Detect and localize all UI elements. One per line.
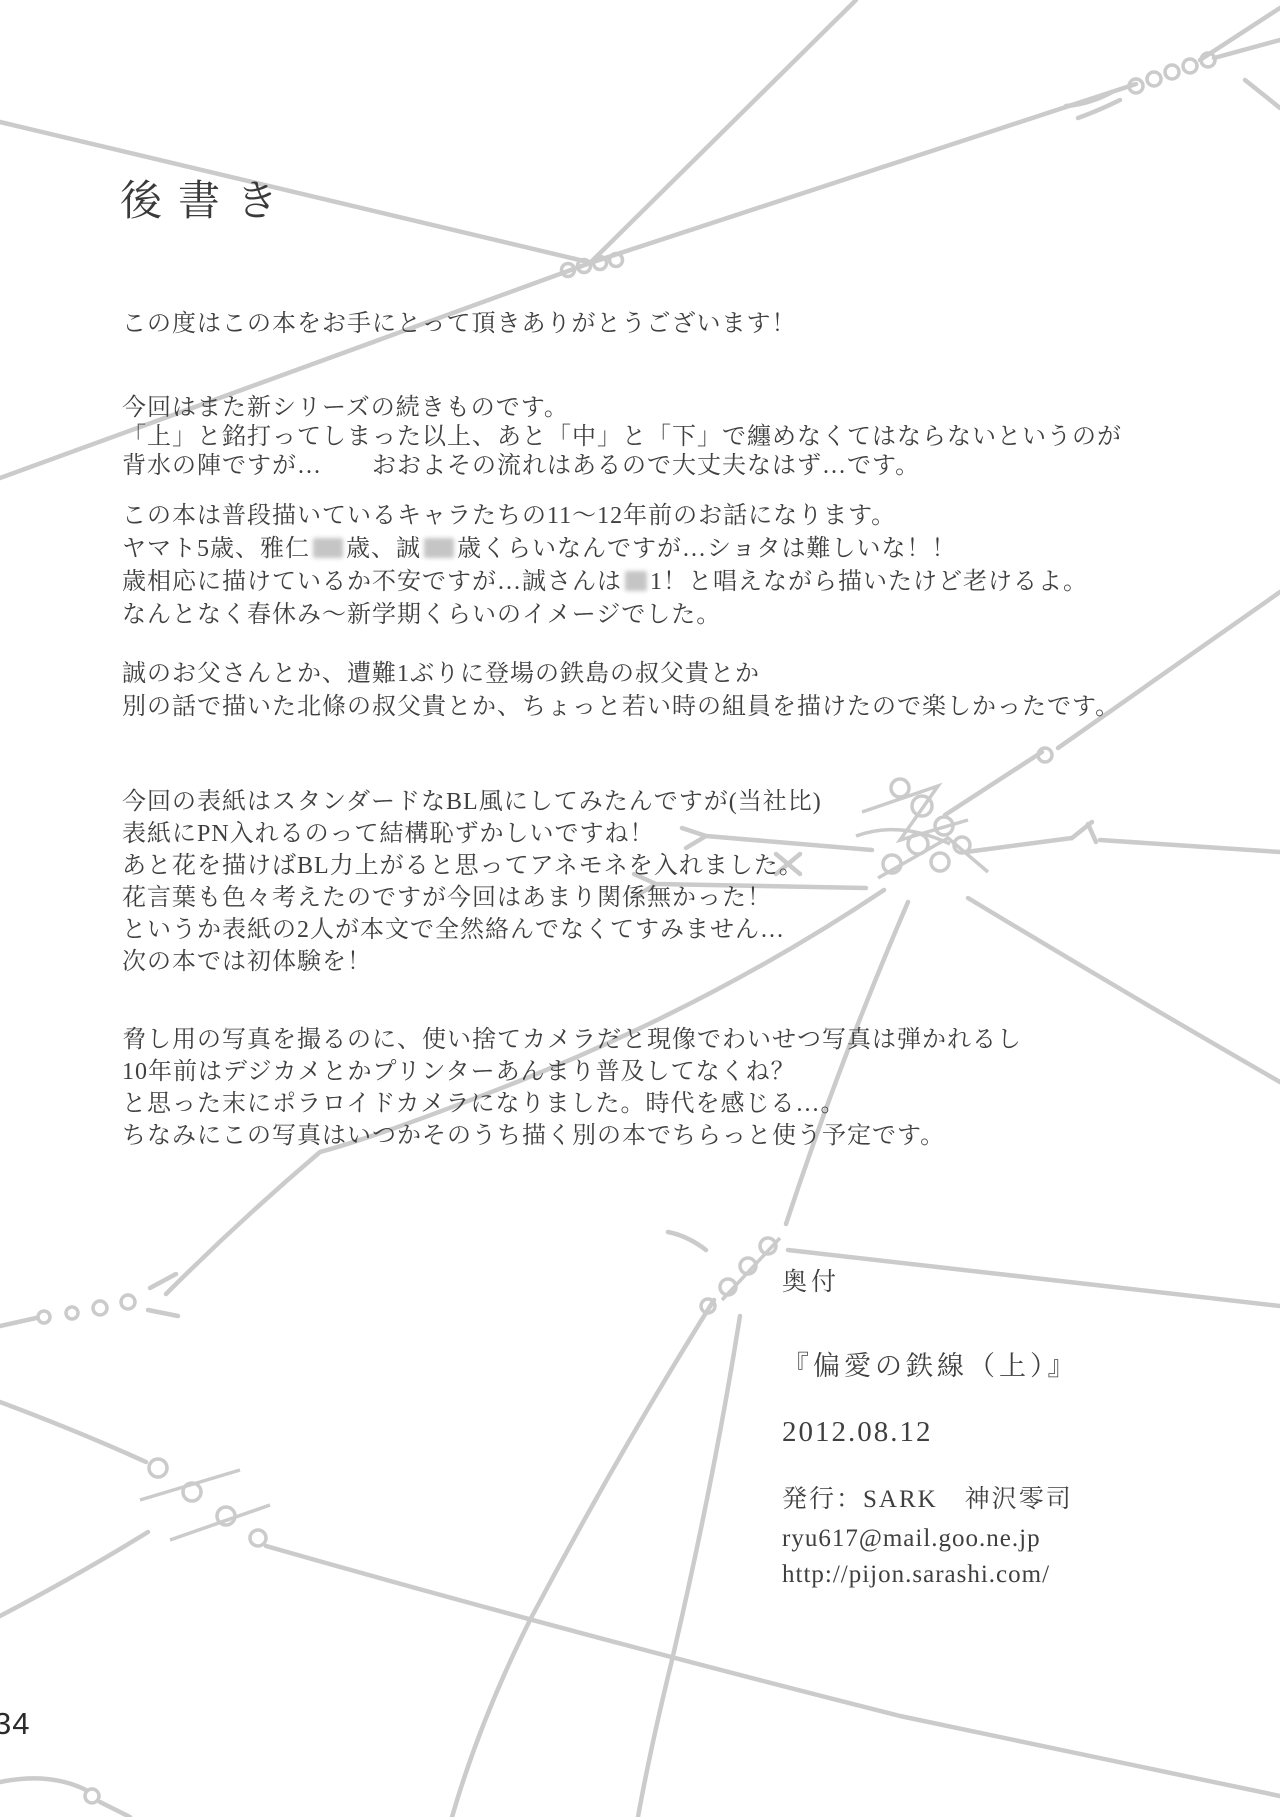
censored-age-block (313, 538, 343, 558)
paragraph-uncles: 誠のお父さんとか、遭難1ぶりに登場の鉄島の叔父貴とか 別の話で描いた北條の叔父貴… (122, 658, 1120, 724)
paragraph-camera: 脅し用の写真を撮るのに、使い捨てカメラだと現像でわいせつ写真は弾かれるし 10年… (122, 1024, 1022, 1152)
website-url: http://pijon.sarashi.com/ (782, 1561, 1079, 1589)
text-line: 次の本では初体験を！ (122, 946, 822, 978)
text-line: この本は普段描いているキャラたちの11～12年前のお話になります。 (122, 500, 1088, 533)
greeting-text: この度はこの本をお手にとって頂きありがとうございます！ (122, 303, 797, 338)
book-title: 『偏愛の鉄線（上）』 (782, 1344, 1079, 1383)
text-line: あと花を描けばBL力上がると思ってアネモネを入れました。 (122, 850, 822, 882)
text-line: 誠のお父さんとか、遭難1ぶりに登場の鉄島の叔父貴とか (122, 658, 1120, 691)
censored-age-block (424, 538, 454, 558)
text-segment: 歳、誠 (346, 536, 421, 562)
text-line: ちなみにこの写真はいつかそのうち描く別の本でちらっと使う予定です。 (122, 1120, 1022, 1152)
text-line: 花言葉も色々考えたのですが今回はあまり関係無かった！ (122, 882, 822, 914)
text-line: 脅し用の写真を撮るのに、使い捨てカメラだと現像でわいせつ写真は弾かれるし (122, 1024, 1022, 1056)
paragraph-cover: 今回の表紙はスタンダードなBL風にしてみたんですが(当社比) 表紙にPN入れるの… (122, 786, 822, 978)
page-number: 34 (0, 1706, 30, 1742)
text-segment: 1！と唱えながら描いたけど老けるよ。 (650, 569, 1088, 595)
text-line: と思った末にポラロイドカメラになりました。時代を感じる…。 (122, 1088, 1022, 1120)
paragraph-series: 今回はまた新シリーズの続きものです。 「上」と銘打ってしまった以上、あと「中」と… (122, 394, 1122, 481)
page-title: 後書き (120, 168, 294, 228)
text-line: 別の話で描いた北條の叔父貴とか、ちょっと若い時の組員を描けたので楽しかったです。 (122, 691, 1120, 724)
afterword-page: 後書き この度はこの本をお手にとって頂きありがとうございます！ 今回はまた新シリ… (0, 0, 1280, 1817)
text-segment: ヤマト5歳、雅仁 (122, 536, 310, 562)
text-line: 背水の陣ですが… おおよその流れはあるので大丈夫なはず…です。 (122, 452, 1122, 481)
censored-age-block (625, 571, 647, 591)
paragraph-characters: この本は普段描いているキャラたちの11～12年前のお話になります。 ヤマト5歳、… (122, 500, 1088, 632)
text-segment: 歳相応に描けているか不安ですが…誠さんは (122, 569, 622, 595)
text-line: 10年前はデジカメとかプリンターあんまり普及してなくね？ (122, 1056, 1022, 1088)
text-line: 今回の表紙はスタンダードなBL風にしてみたんですが(当社比) (122, 786, 822, 818)
publisher-line: 発行：SARK 神沢零司 (782, 1479, 1079, 1515)
text-line: 「上」と銘打ってしまった以上、あと「中」と「下」で纏めなくてはならないというのが (122, 423, 1122, 452)
text-segment: 歳くらいなんですが…ショタは難しいな！！ (457, 536, 957, 562)
text-line: なんとなく春休み～新学期くらいのイメージでした。 (122, 599, 1088, 632)
colophon-heading: 奥付 (782, 1262, 1079, 1298)
contact-email: ryu617@mail.goo.ne.jp (782, 1525, 1079, 1553)
publication-date: 2012.08.12 (782, 1416, 1079, 1449)
colophon: 奥付 『偏愛の鉄線（上）』 2012.08.12 発行：SARK 神沢零司 ry… (782, 1262, 1079, 1589)
text-line: ヤマト5歳、雅仁歳、誠歳くらいなんですが…ショタは難しいな！！ (122, 533, 1088, 566)
text-line: 表紙にPN入れるのって結構恥ずかしいですね！ (122, 818, 822, 850)
text-line: というか表紙の2人が本文で全然絡んでなくてすみません… (122, 914, 822, 946)
text-line: 歳相応に描けているか不安ですが…誠さんは1！と唱えながら描いたけど老けるよ。 (122, 566, 1088, 599)
text-line: 今回はまた新シリーズの続きものです。 (122, 394, 1122, 423)
